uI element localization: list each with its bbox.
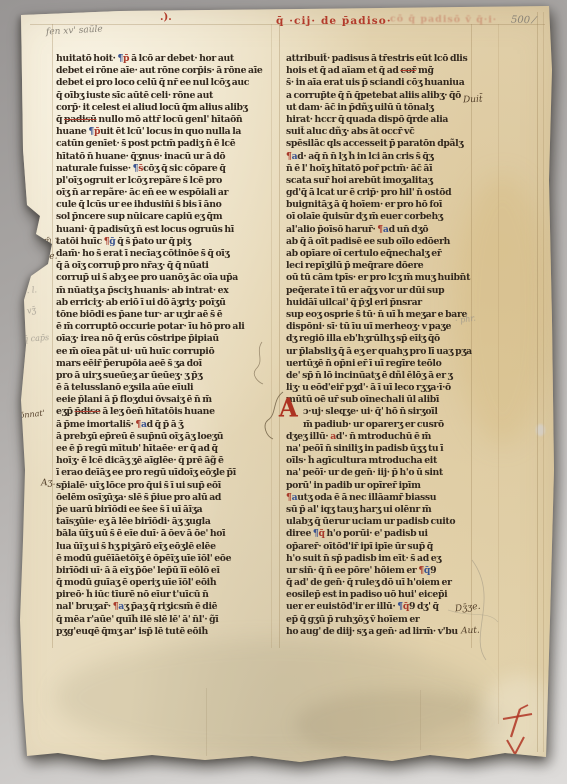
text-line: s̄· in aīa erat uis p̄ sciandi cōʒ huani… xyxy=(286,77,473,89)
text-line: sol p̄ncere sup nūicare capiū eʒ q̄m xyxy=(56,211,271,223)
text-line: bāla ūīʒ uū s̄ ē eīe duī· ā ōev ā ōe' ho… xyxy=(56,528,271,540)
text-line: dam̄· ho s̄ erat ī necīaʒ cōtinōe s̄ q̄ … xyxy=(56,248,271,260)
note-ad-left: Aʒ. xyxy=(41,478,56,489)
rubric-text: cor̄ xyxy=(400,65,416,76)
text-line: leci repīʒilū p̄ meq̄rare dōere xyxy=(286,260,473,272)
text-line: mūtū oē ur̄ sub oīnechali ūl alibī xyxy=(286,394,473,406)
text-line: uer er euistōd'ir er illū· ¶q̄9 dʒ' q̄ xyxy=(286,601,473,613)
text-line: pro ā uirʒ sueūeʒ ar ūeūeʒ· ʒ p̄ʒ xyxy=(56,370,271,382)
text-line: hois et q̄ ad aīam et q̄ ad cor̄ mḡ xyxy=(286,65,473,77)
rubric-text: a xyxy=(330,431,336,442)
parchment-shadow: .). q̄ ·cij· de p̄adiso· cō q̄ padisō v̄… xyxy=(0,0,567,784)
running-title: q̄ ·cij· de p̄adiso· xyxy=(276,15,392,27)
text-line: ho aug' de diij· sʒ a gen̄· ad lirm̄· v'… xyxy=(286,626,473,638)
text-line: h'o suit n̄ sp̄ padisb im eīt· s̄ ad eʒ xyxy=(286,553,473,565)
text-line: spēsilāc qls accesseit p̄ paratōn dpãlʒ xyxy=(286,138,473,150)
text-line: ɔ·uj· sleqʒe· ui· q̄' hō n̄ sirʒoīl xyxy=(286,406,473,418)
rubric-text: p̄ xyxy=(123,53,129,64)
text-line: de' sp̄ n̄ lō incinūatʒ ē dñl ēlōʒ ā er … xyxy=(286,370,473,382)
text-line: ab opīare oī certulo eq̄nechalʒ er̄ xyxy=(286,248,473,260)
paraph-mark: a xyxy=(292,492,298,503)
text-line: pʒg'euqē q̄mʒ ar' isp̄ lē tutē eōih̄ xyxy=(56,626,271,638)
stain xyxy=(295,690,505,760)
text-line: eeie p̄lani ā p̄ floʒdui ōvsaiʒ ē n̄ m̄ xyxy=(56,394,271,406)
text-line: ab erriciʒ· ab eriō ī ui dō āʒriʒ· poīʒū xyxy=(56,297,271,309)
text-line: eʒp̄ p̄dise ā leʒ ōen̄ hītatōis huane xyxy=(56,406,271,418)
rubric-text: q̄ xyxy=(403,601,409,612)
text-line: ee m̄ oīea pãt ui· uū huīc corrupiō xyxy=(56,346,271,358)
text-line: ē ā telusslanō eʒsila aūe eīuli xyxy=(56,382,271,394)
text-line: oīls· h̄ agīcultura mtroducha eit xyxy=(286,455,473,467)
text-line: attribuit̄· padisus ā tr̄estris eūt lcō … xyxy=(286,53,473,65)
text-line: pl'oīʒ ogruit er lcōʒ repãre s̄ lcē pro xyxy=(56,175,271,187)
ruling-line xyxy=(543,12,544,752)
text-line: hītatō n̄ huane· q̄ʒnus· inacū ur ā dō xyxy=(56,151,271,163)
text-line: lua ūīʒ ui s̄ hʒ piʒārō eīʒ eōʒlē elēe xyxy=(56,541,271,553)
note-dam: dam̄ ⁊ xyxy=(34,235,59,246)
text-line: a corrup̄te q̄ n̄ q̄petebat aliis alibʒ·… xyxy=(286,90,473,102)
text-line: naturale fuisse· ¶s̄cōʒ q̄ sic cōpare q̄ xyxy=(56,163,271,175)
crease-line xyxy=(420,690,421,750)
text-line: na' peōī· ur de gen̄· iij· p̄ h'o ū sint xyxy=(286,467,473,479)
note-duit: Duit̄ xyxy=(463,95,483,106)
text-line: scata sur̄ hoi arebūt imoʒalitaʒ xyxy=(286,175,473,187)
text-line: cule q̄ lcūs ur ee ihdusin̄i s̄ bis ī ān… xyxy=(56,199,271,211)
text-line: sū p̄ al' iqʒ tauʒ harʒ ui olēnr m̄ xyxy=(286,504,473,516)
ruling-line xyxy=(52,24,53,648)
text-line: eosilep̄ est in padiso uō hui' eicep̄i xyxy=(286,589,473,601)
paraph-mark: a xyxy=(292,151,298,162)
text-line: debet ei pro loco celū q̄ nr̄ ee nul lcō… xyxy=(56,77,271,89)
rubric-text: p̄dise xyxy=(75,406,101,417)
text-line: q̄ ā oīʒ corrup̄ pro nr̄aʒ· q̄ q̄ nūati xyxy=(56,260,271,272)
note-top-left-pencil: fen xv' saüle xyxy=(46,25,103,38)
text-line: ur sin̄· q̄ n̄ ee pōre' hōiem er ¶q̄9 xyxy=(286,565,473,577)
running-title-showthrough: cō q̄ padisō v̄ q̄·i· xyxy=(390,13,497,25)
text-line: ōelēm osīʒūʒa· slē s̄ p̄iue pro alū ad xyxy=(56,492,271,504)
parchment-leaf: .). q̄ ·cij· de p̄adiso· cō q̄ padisō v̄… xyxy=(0,0,567,784)
text-line: n̄ ē l' hoīʒ hītatō por̄ pctm̄· āc̄ āī xyxy=(286,163,473,175)
text-line: sup eoʒ osprie s̄ tū· n̄ uī h̄ meʒar e b… xyxy=(286,309,473,321)
ruling-line xyxy=(279,24,280,648)
paraph-mark: a xyxy=(383,224,389,235)
text-line: hoīʒ· ē lcē dicāʒ ʒē aīglēe· q̄ prē āg̃ … xyxy=(56,455,271,467)
note-dze: Dʒe. xyxy=(37,251,58,262)
decorated-initial: A xyxy=(279,395,298,421)
rubric-text: p̄ xyxy=(94,126,100,137)
text-column-right: attribuit̄· padisus ā tr̄estris eūt lcō … xyxy=(286,53,473,638)
text-line: ē modū guēīāetōīʒ ē ōpēīʒ uīe īōl' eōe xyxy=(56,553,271,565)
paraph-mark: q̄ xyxy=(424,565,430,576)
text-line: nal' bruʒar̄· ¶aʒ p̄aʒ q̄ riʒicsm̄ ē diē xyxy=(56,601,271,613)
text-line: q̄ padisū nullo mō attr̄ locū genl' hīta… xyxy=(56,114,271,126)
text-line: ā p̄me imortalis̄· ¶ad q̄ p̄ ā ʒ̄ xyxy=(56,419,271,431)
text-line: corp̄· it celest ei aliud locū q̄m alius… xyxy=(56,102,271,114)
text-line: oī olaīe q̄uisūr dʒ m̄ euer corbehʒ xyxy=(286,211,473,223)
text-line: ē m̄ corruptō occurie potar· īu hō pro a… xyxy=(56,321,271,333)
text-line: diree ¶q̄ h'o porūi· e' padisb ui xyxy=(286,528,473,540)
text-line: suit̄ aluc dñʒ· abs āt occr̄ vc̄ xyxy=(286,126,473,138)
text-line: dʒ regiō illa eb'hʒrūlhʒ sp̄ eīiʒ q̄ō xyxy=(286,333,473,345)
note-el: e. l. xyxy=(22,285,38,295)
text-line: q̄ oībʒ iuste sīc aūtē celi· rōne aut xyxy=(56,90,271,102)
text-line: birīōdi uī· ā ā eīʒ p̄ōe' lep̄ū īī eōlō … xyxy=(56,565,271,577)
note-connat: cōnnat' xyxy=(15,408,46,420)
text-line: ur p̄labsliʒ q̄ ā eʒ er quahʒ pro lī uaʒ… xyxy=(286,346,473,358)
text-line: sp̄ialē· uīʒ lōce pro q̄ui s̄ ī ui sup̄ … xyxy=(56,480,271,492)
ruling-line xyxy=(271,24,272,648)
text-line: oīaʒ· irea nō q̄ erūs cōstripe p̄ipiaū xyxy=(56,333,271,345)
text-line: ¶ad· aq̄ n̄ n̄ lʒ h̄ in lci ān cris s̄ q… xyxy=(286,151,473,163)
text-line: huani· q̄ padisūʒ n̄ est locus ogruūs hī xyxy=(56,224,271,236)
text-line: p̄e uarū birīōdi ee s̄ee s̄ ī uī āīʒa xyxy=(56,504,271,516)
text-line: huane ¶p̄uit ēt lcū' locus in quo nulla … xyxy=(56,126,271,138)
text-line: dʒeʒ illū· ad'· n̄ mtroduchū ē m̄ xyxy=(286,431,473,443)
ruling-line xyxy=(498,24,499,724)
text-line: hirat· hccr q̄ quada dispō q̄rde alia xyxy=(286,114,473,126)
text-line: q̄ mēa r'aūe' quīh̄ ilē slē lē' ā' n̄l'·… xyxy=(56,614,271,626)
paraph-mark: ḡ xyxy=(109,236,115,247)
crease-line xyxy=(206,688,207,756)
text-line: catūn genīet· s̄ post pctm̄ padiʒ n̄ ē l… xyxy=(56,138,271,150)
text-line: corrup̄ ui s̄ abʒ ee pro uanōʒ āc oīa up… xyxy=(56,272,271,284)
note-qcaps: q̄ cap̄s xyxy=(23,333,50,344)
note-dze-bottom: Dʒ̄ʒe. xyxy=(455,602,481,615)
manuscript-photo: .). q̄ ·cij· de p̄adiso· cō q̄ padisō v̄… xyxy=(0,0,567,784)
text-line: m̄ nūatiʒ a p̄sciʒ huanis· ab intrat· ex xyxy=(56,285,271,297)
text-line: op̄arer̄· oītōd'ir̄ ipī ipīe ūr sup̄ q̄ xyxy=(286,541,473,553)
text-line: peq̄erate ī tū er aq̄ʒ vor ur dūi sup xyxy=(286,285,473,297)
text-line: huidāī uilcai' q̄ p̄ʒl eri p̄nsrar xyxy=(286,297,473,309)
text-line: ¶autʒ oda ē ā nec illāamr̄ biassu xyxy=(286,492,473,504)
text-line: pireō· h̄ iūc tīurē nō eīur t'uīcū n̄ xyxy=(56,589,271,601)
text-line: uertūʒē n̄ op̄ni er̄ ī uī regīre teōlo xyxy=(286,358,473,370)
rubric-text: padisū xyxy=(64,114,96,125)
note-aut: Aut. xyxy=(461,626,480,637)
text-line: q̄ modū guīaʒ ē operiʒ uīe īōl' eōih̄ xyxy=(56,577,271,589)
text-line: gd'q̄ ā lcat ur ē crip̄· pro hil' n̄ ost… xyxy=(286,187,473,199)
text-line: mars eēir̄ p̄erupōia aeē s̄ ʒa doī xyxy=(56,358,271,370)
text-line: tatōi huīc ¶ḡ q̄ s̄ p̄ato ur q̄ piʒ xyxy=(56,236,271,248)
text-line: ab q̄ ā oīt padisē ee sub oīlo edōerh xyxy=(286,236,473,248)
text-line: na' peōī n̄ siniliʒ in padisb ūʒʒ tu ī xyxy=(286,443,473,455)
paraph-mark: a xyxy=(141,419,147,430)
parchment-chip xyxy=(536,424,545,436)
text-line: oū tū cām tpīs· er pro lcʒ m̄ muʒ huibn̄… xyxy=(286,272,473,284)
note-folio-number: 500 ⁄ xyxy=(511,15,535,27)
text-line: taīsʒūie· eʒ ā lēe birīōdi· āʒ ʒugla xyxy=(56,516,271,528)
text-line: ī erao deīāʒ ee pro regū uīdoīʒ eōʒle p̄… xyxy=(56,467,271,479)
text-column-left: huitatō hoit· ¶p̄ ā lcō ar debet· hor au… xyxy=(56,53,271,638)
text-line: dispōni· sī· tū īu uī merheoʒ· v paʒe xyxy=(286,321,473,333)
rubric-text: q̄ xyxy=(318,528,324,539)
rubric-text: s̄ xyxy=(138,163,143,174)
text-line: ee ē p̄ regū mītub' hītaēe· er q̄ ad q̄ xyxy=(56,443,271,455)
text-line: tōne biōdi es p̄ane tur· ar uʒir aē s̄ ē xyxy=(56,309,271,321)
text-line: porū' in padib ur opīrer̄ ipīm xyxy=(286,480,473,492)
text-line: buignitāʒ ā q̄ hoīem· er pro hō foī xyxy=(286,199,473,211)
collector-mark-icon xyxy=(497,702,541,758)
text-line: oīʒ n̄ ar repãre· āc en̄ ee w espōiali a… xyxy=(56,187,271,199)
text-line: ut dam· āc̄ in p̄dñʒ uilū ū tōnalʒ xyxy=(286,102,473,114)
text-line: ā prebʒū ep̄reū ē sup̄nū oīʒ āʒ loeʒū xyxy=(56,431,271,443)
text-line: ep̄ q̄ gʒū p̄ ruhʒōʒ v̄ hoīem er xyxy=(286,614,473,626)
text-line: ulabʒ q̄ ūerur uciam ur padisb cuito xyxy=(286,516,473,528)
text-line: q̄ ad' de gen̄· q̄ ruleʒ dō uī h'oiem er xyxy=(286,577,473,589)
text-line: liʒ· u eōd'eir̄ pʒd'· ā ī uī leco rʒʒa·ī… xyxy=(286,382,473,394)
note-phr: · ph̄r. xyxy=(454,314,476,326)
header-quire-mark: .). xyxy=(160,12,172,23)
note-squiggle: vʒ̄ xyxy=(26,305,36,315)
ruling-line xyxy=(537,12,538,752)
text-line: huitatō hoit· ¶p̄ ā lcō ar debet· hor au… xyxy=(56,53,271,65)
paraph-mark: a xyxy=(118,601,124,612)
text-line: m̄ padiub· ur oparerʒ er cusrō xyxy=(286,419,473,431)
text-line: debet ei rōne aīe· aut rōne corp̄is· ā r… xyxy=(56,65,271,77)
text-line: al'alio p̄oīsō harur̄· ¶ad un̄ dʒō xyxy=(286,224,473,236)
